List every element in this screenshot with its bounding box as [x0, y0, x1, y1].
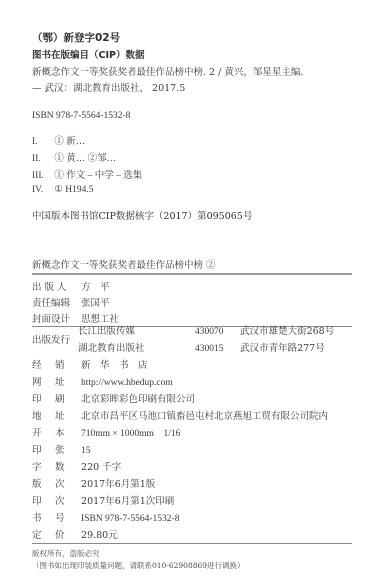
detail-label-b: 本 — [55, 425, 78, 439]
detail-value: 2017年6月第1次印刷 — [81, 496, 174, 507]
detail-label-a: 开 — [32, 425, 55, 439]
distribution-address: 武汉市雄楚大街268号 — [240, 326, 334, 337]
detail-label-b: 号 — [55, 510, 78, 524]
registration-number: （鄂）新登字02号 — [32, 30, 120, 45]
divider-top — [32, 273, 352, 275]
distribution-org: 长江出版传媒 — [78, 323, 192, 337]
detail-label-b: 数 — [55, 459, 78, 473]
detail-row-book-number: 书号 ISBN 978-7-5564-1532-8 — [32, 510, 179, 524]
detail-label-b: 价 — [55, 527, 78, 541]
detail-row-website: 网址 http://www.hbedup.com — [32, 374, 173, 388]
detail-label-a: 网 — [32, 374, 55, 388]
detail-value: 新 华 书 店 — [81, 360, 148, 371]
detail-row-printing: 印次 2017年6月第1次印刷 — [32, 493, 174, 507]
distribution-zip: 430070 — [195, 327, 237, 337]
detail-value: 29.80元 — [81, 530, 118, 541]
detail-row-sheets: 印张 15 — [32, 442, 91, 456]
detail-label-a: 版 — [32, 476, 55, 490]
detail-value: 710mm × 1000mm 1/16 — [81, 429, 180, 439]
cip-publisher-line: — 武汉：湖北教育出版社， 2017.5 — [32, 80, 185, 94]
detail-label-a: 地 — [32, 408, 55, 422]
detail-value: 北京彩眸彩色印刷有限公司 — [81, 394, 195, 405]
detail-label-b: 刷 — [55, 391, 78, 405]
classification-row: I. ① 新… — [32, 133, 85, 147]
copyright-notice: 版权所有，盗版必究 — [32, 548, 100, 559]
detail-label-b: 销 — [55, 357, 78, 371]
credit-value: 张国平 — [81, 298, 110, 309]
detail-label-a: 字 — [32, 459, 55, 473]
distribution-zip: 430015 — [195, 344, 237, 354]
detail-label-a: 印 — [32, 493, 55, 507]
classification-num: II. — [32, 154, 52, 164]
detail-label-b: 址 — [55, 408, 78, 422]
detail-value: 北京市昌平区马池口镇畜邑屯村北京燕旭工贸有限公司院内 — [81, 411, 328, 422]
detail-label-b: 张 — [55, 442, 78, 456]
classification-text: ① 新… — [54, 137, 85, 147]
credit-label: 出 版 人 — [32, 279, 78, 293]
detail-label-b: 址 — [55, 374, 78, 388]
classification-row: IV. ① H194.5 — [32, 184, 94, 195]
detail-value: ISBN 978-7-5564-1532-8 — [81, 514, 179, 524]
detail-row-format: 开本 710mm × 1000mm 1/16 — [32, 425, 180, 439]
detail-row-edition: 版次 2017年6月第1版 — [32, 476, 155, 490]
classification-text: ① 黄… ②邹… — [54, 154, 116, 164]
classification-num: III. — [32, 171, 52, 181]
detail-label-a: 印 — [32, 442, 55, 456]
classification-num: I. — [32, 137, 52, 147]
detail-row-distributor: 经销 新 华 书 店 — [32, 357, 148, 371]
detail-value: 2017年6月第1版 — [81, 479, 155, 490]
detail-label-a: 印 — [32, 391, 55, 405]
detail-value: 220 千字 — [81, 462, 121, 473]
detail-label-a: 书 — [32, 510, 55, 524]
credit-label: 责任编辑 — [32, 295, 78, 309]
credit-row: 责任编辑 张国平 — [32, 295, 110, 309]
detail-row-wordcount: 字数 220 千字 — [32, 459, 121, 473]
distribution-row: 长江出版传媒 430070 武汉市雄楚大街268号 — [78, 323, 334, 337]
cip-check-number: 中国版本图书馆CIP数据核字（2017）第095065号 — [32, 208, 252, 222]
classification-row: III. ① 作文 – 中学 – 选集 — [32, 167, 142, 181]
quality-notice: （图书如出现印装质量问题，请联系010-62908869进行调换） — [32, 560, 245, 571]
detail-row-printer: 印刷 北京彩眸彩色印刷有限公司 — [32, 391, 195, 405]
distribution-org: 湖北教育出版社 — [78, 340, 192, 354]
detail-row-address: 地址 北京市昌平区马池口镇畜邑屯村北京燕旭工贸有限公司院内 — [32, 408, 328, 422]
distribution-address: 武汉市青年路277号 — [240, 343, 325, 354]
cip-title-line: 新概念作文一等奖获奖者最佳作品榜中榜. 2 / 黄兴，邹星星主编. — [32, 64, 303, 78]
detail-label-b: 次 — [55, 476, 78, 490]
detail-label-a: 经 — [32, 357, 55, 371]
cip-heading: 图书在版编目（CIP）数据 — [32, 47, 144, 61]
divider-bottom — [32, 543, 352, 544]
distribution-label: 出版发行 — [32, 332, 70, 346]
distribution-row: 湖北教育出版社 430015 武汉市青年路277号 — [78, 340, 325, 354]
detail-label-a: 定 — [32, 527, 55, 541]
detail-row-price: 定价 29.80元 — [32, 527, 118, 541]
credit-value: 方 平 — [81, 282, 110, 293]
classification-text: ① H194.5 — [54, 185, 93, 195]
isbn-top: ISBN 978-7-5564-1532-8 — [32, 111, 130, 121]
website-link: http://www.hbedup.com — [81, 378, 173, 388]
book-title: 新概念作文一等奖获奖者最佳作品榜中榜 ② — [32, 257, 216, 271]
classification-num: IV. — [32, 185, 52, 195]
credit-row: 出 版 人 方 平 — [32, 279, 110, 293]
classification-row: II. ① 黄… ②邹… — [32, 150, 116, 164]
detail-label-b: 次 — [55, 493, 78, 507]
classification-text: ① 作文 – 中学 – 选集 — [54, 171, 142, 181]
credit-label: 封面设计 — [32, 311, 78, 325]
detail-value: 15 — [81, 446, 91, 456]
